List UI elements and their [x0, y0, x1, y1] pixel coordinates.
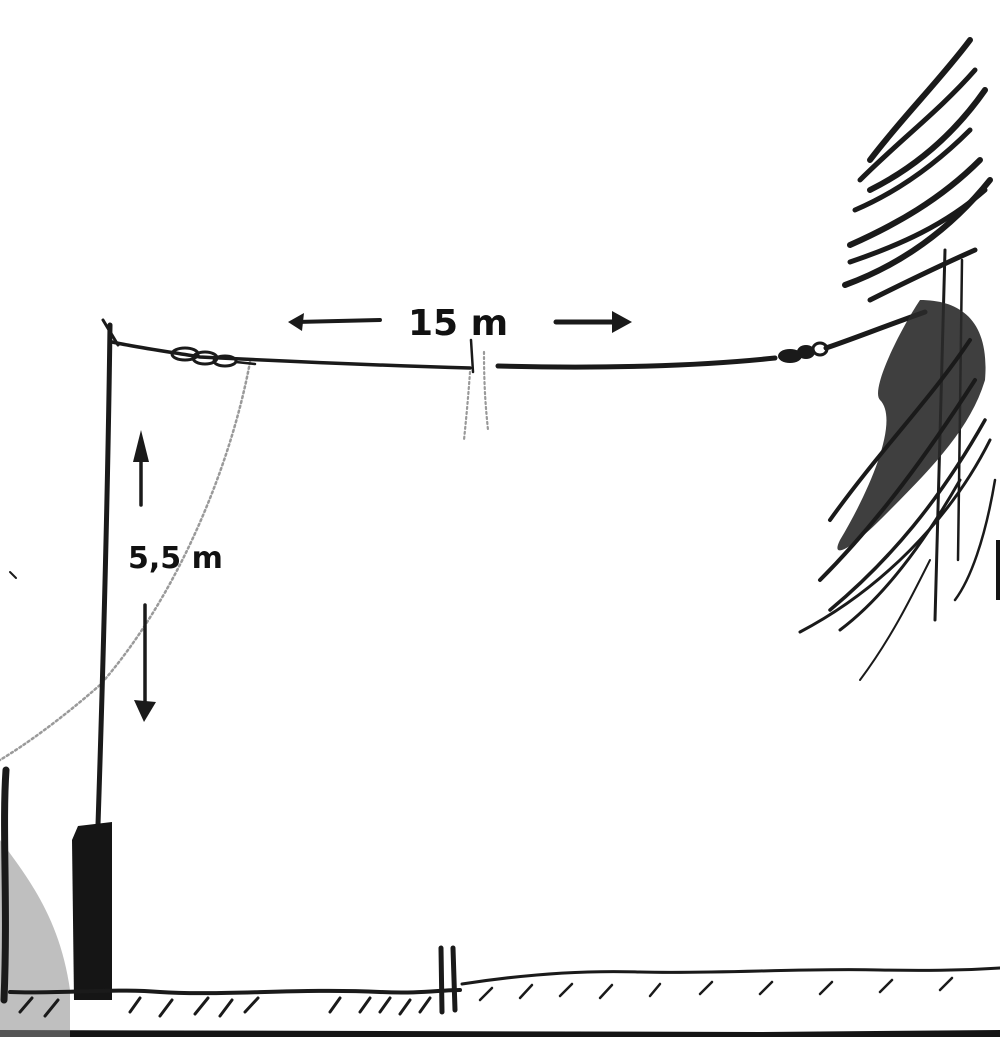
- paper-edge: [0, 1030, 1000, 1037]
- antenna-wire-right: [498, 358, 775, 367]
- left-shadow: [0, 770, 70, 1037]
- stray-mark: [10, 572, 16, 578]
- tree: [800, 40, 995, 680]
- mast-height-label: 5,5 m: [128, 541, 223, 576]
- antenna-sketch: 15 m 5,5 m: [0, 0, 1000, 1037]
- span-dimension: 15 m: [288, 303, 632, 344]
- span-length-label: 15 m: [408, 303, 508, 344]
- paper-right-edge: [996, 540, 1000, 600]
- mast: [72, 320, 118, 1000]
- antenna-wire-left: [112, 342, 470, 368]
- ground: [10, 948, 1000, 1016]
- feedpoint: [464, 340, 488, 440]
